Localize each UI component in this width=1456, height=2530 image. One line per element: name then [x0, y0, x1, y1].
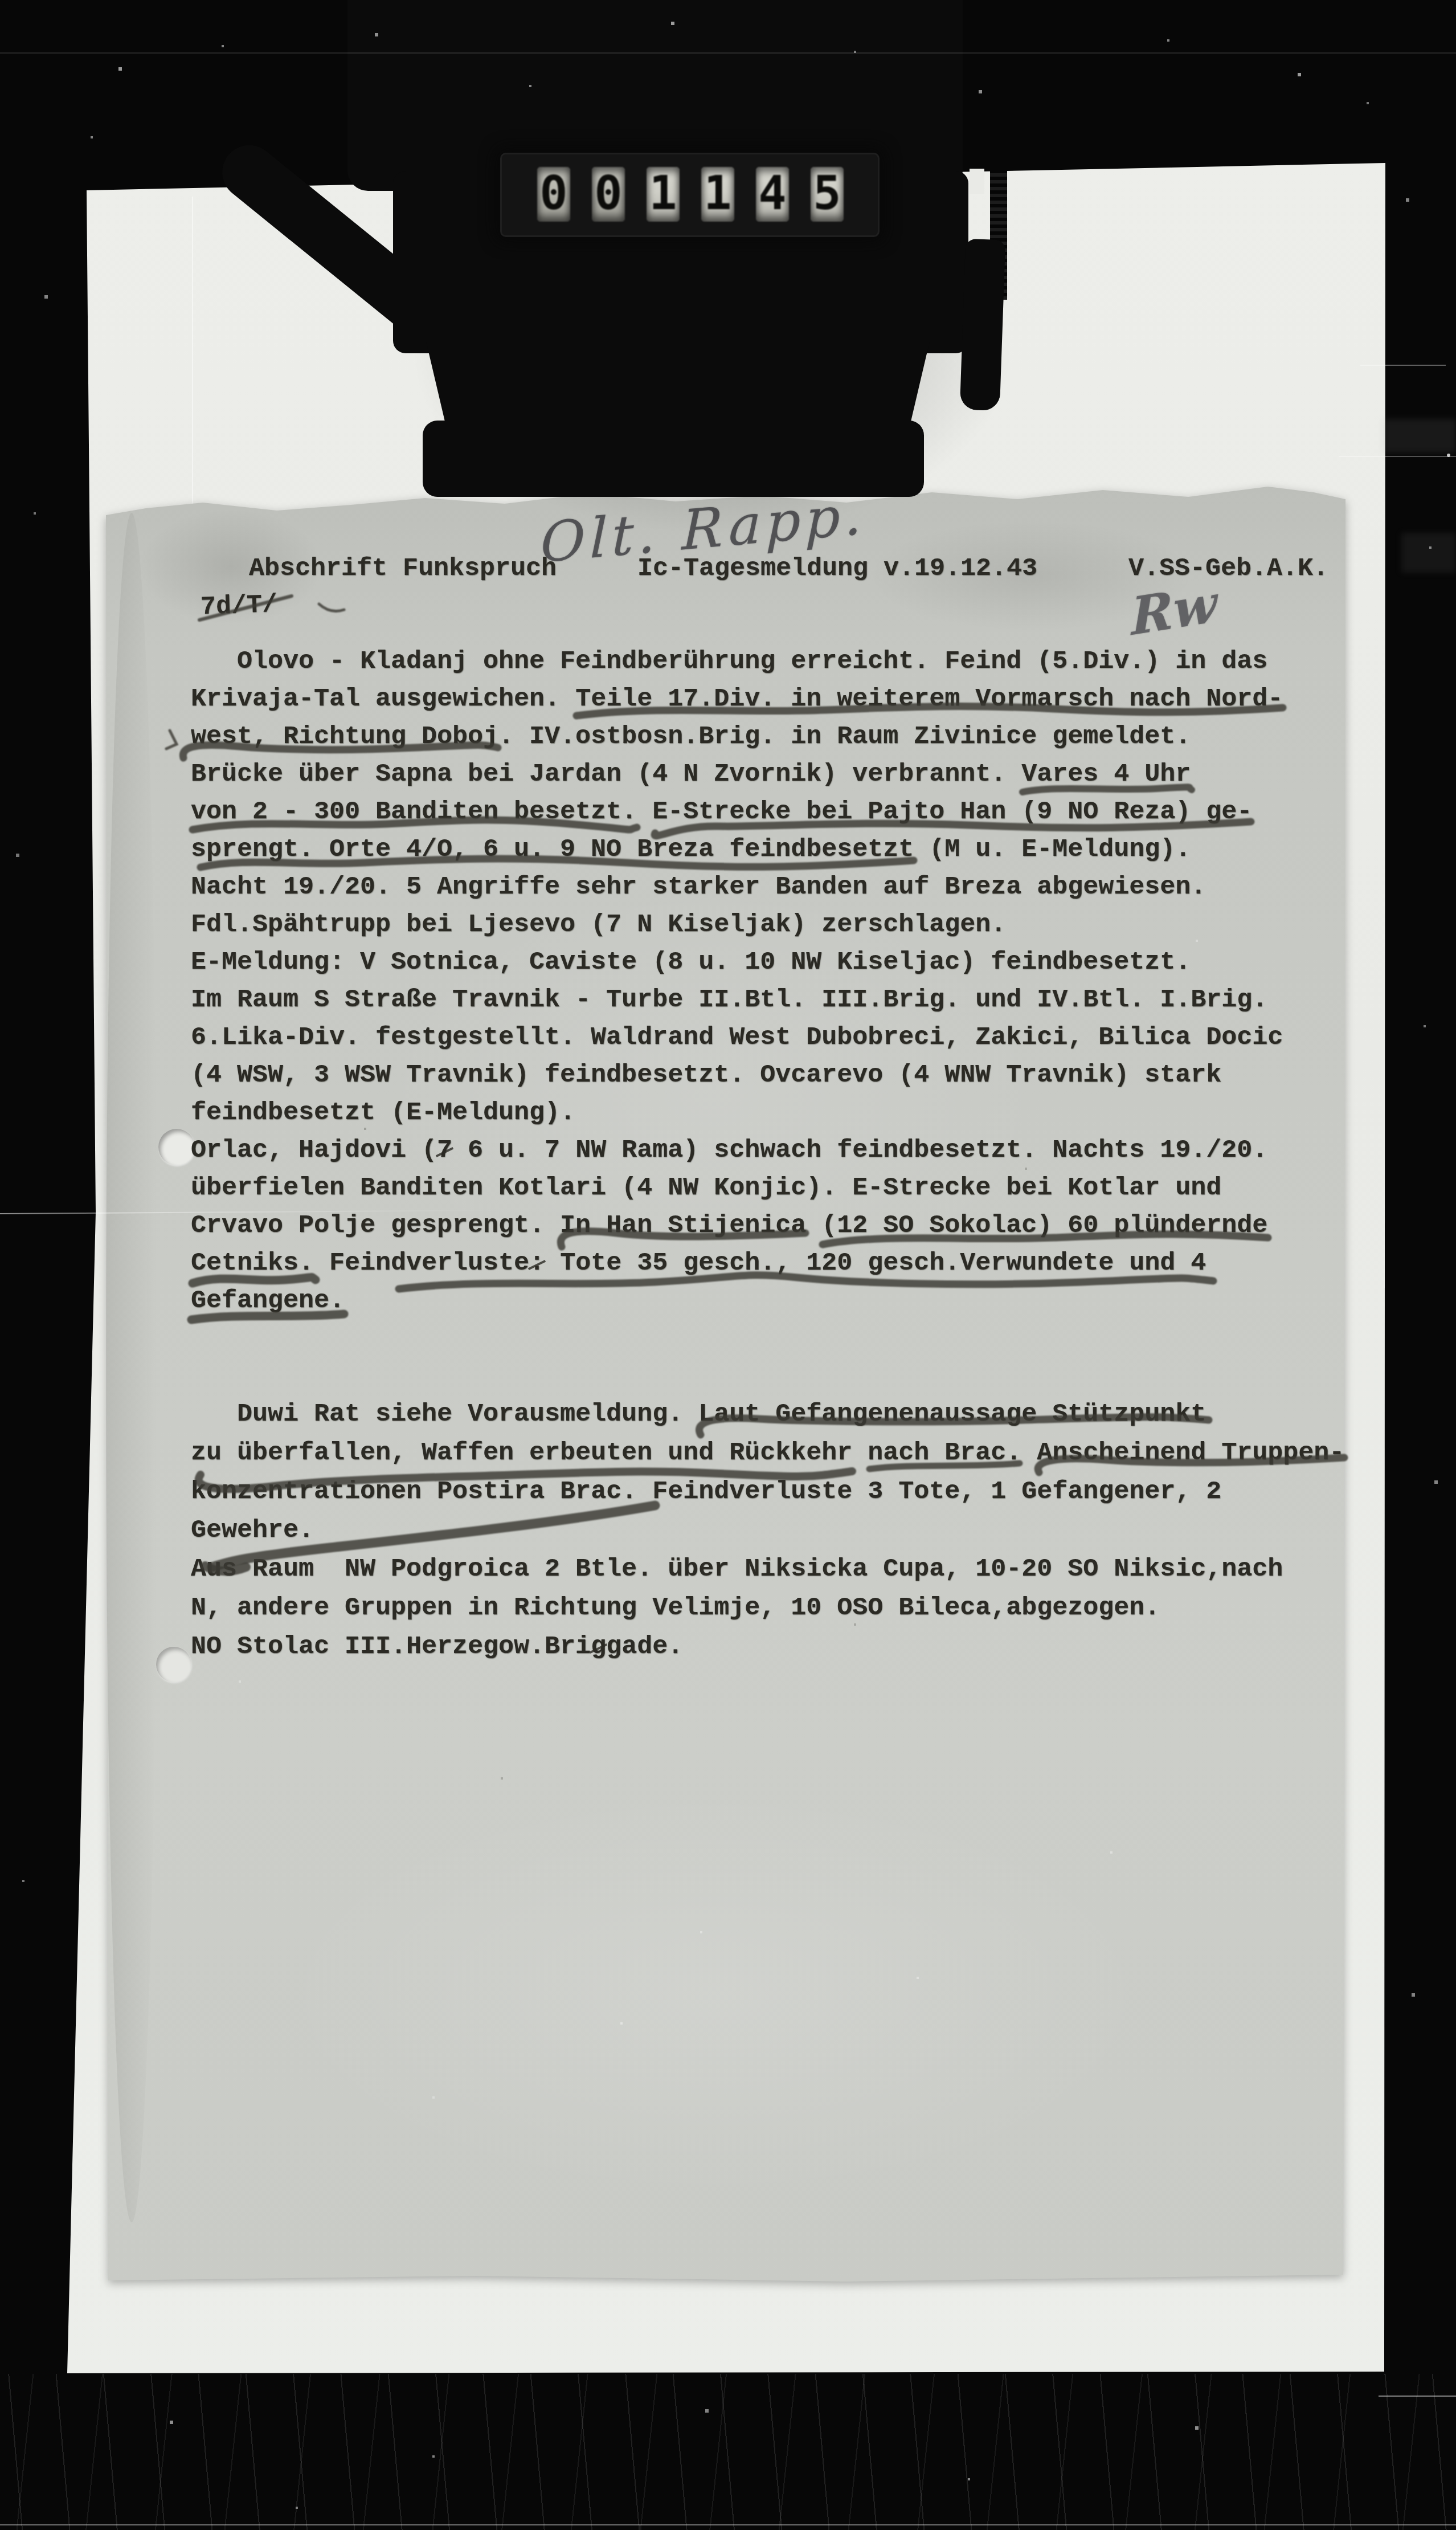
typed-line: Aus Raum NW Podgroica 2 Btle. über Niksi… — [191, 1550, 1344, 1589]
typed-line: Fdl.Spähtrupp bei Ljesevo (7 N Kiseljak)… — [191, 906, 1283, 944]
underlined-text: Laut Gefangenenaussage Stützpunkt — [698, 1399, 1206, 1429]
counter-body-lower — [410, 342, 946, 433]
typed-line: (4 WSW, 3 WSW Travnik) feindbesetzt. Ovc… — [191, 1056, 1283, 1094]
typed-text — [806, 1211, 821, 1240]
typed-text: gade. — [606, 1632, 683, 1661]
struck-text: : — [529, 1248, 545, 1278]
typed-text: Brücke über Sapna bei Jardan (4 N Zvorni… — [191, 760, 1021, 789]
counter-digit: 0 — [592, 167, 625, 222]
typed-line: Duwi Rat siehe Vorausmeldung. Laut Gefan… — [191, 1395, 1344, 1434]
typed-text: Krivaja-Tal ausgewichen. — [191, 684, 575, 713]
typed-line: Crvavo Polje gesprengt. In Han Stijenica… — [191, 1207, 1283, 1244]
typed-line: Olovo - Kladanj ohne Feindberührung erre… — [191, 643, 1283, 680]
typed-line: Cetniks. Feindverluste: Tote 35 gesch., … — [191, 1244, 1283, 1282]
typed-text: (M u. E-Meldung). — [914, 835, 1191, 864]
typed-line: Gefangene. — [191, 1282, 1283, 1320]
typed-line: Gewehre. — [191, 1511, 1344, 1550]
typed-line: Brücke über Sapna bei Jardan (4 N Zvorni… — [191, 756, 1283, 793]
punch-hole — [156, 1647, 191, 1682]
header-unit: V.SS-Geb.A.K. — [1128, 554, 1328, 583]
typed-text: 6.Lika-Div. festgestellt. Waldrand West … — [191, 1023, 1283, 1052]
typed-text: Postira Brac. Feindverluste 3 Tote, 1 Ge… — [422, 1477, 1221, 1506]
typed-line: E-Meldung: V Sotnica, Caviste (8 u. 10 N… — [191, 944, 1283, 981]
typed-text: (4 WSW, 3 WSW Travnik) feindbesetzt. Ovc… — [191, 1060, 1221, 1089]
typed-text: Olovo - Kladanj ohne Feindberührung erre… — [191, 647, 1267, 676]
counter-digit: 1 — [647, 167, 680, 222]
underlined-text: Vares 4 Uhr — [1021, 760, 1191, 789]
underlined-text: von 2 - 300 Banditen besetzt. — [191, 797, 637, 826]
winder-handle — [960, 239, 1005, 411]
counter-digit: 1 — [701, 167, 734, 222]
typed-text: Duwi Rat siehe Vorausmeldung. — [191, 1399, 698, 1429]
typed-text: . IV.ostbosn.Brig. in Raum Zivinice geme… — [498, 722, 1191, 751]
frame-counter: 001145 — [500, 153, 880, 237]
dust-specks-top — [0, 0, 1, 1]
counter-digit: 5 — [811, 167, 844, 222]
struck-text: 7 — [437, 1136, 452, 1165]
film-scratch — [1447, 454, 1450, 457]
typed-text: Feindverluste — [314, 1248, 529, 1278]
underlined-text: Cetniks. — [191, 1248, 314, 1278]
underlined-text: In Han Stijenica — [560, 1211, 806, 1240]
typed-line: N, andere Gruppen in Richtung Velimje, 1… — [191, 1589, 1344, 1627]
typed-text: 6 u. 7 NW Rama) schwach feindbesetzt. Na… — [452, 1136, 1267, 1165]
underlined-text: Teile 17.Div. in weiterem Vormarsch nach… — [575, 684, 1283, 713]
typed-text — [545, 1248, 560, 1278]
film-streaks — [0, 2374, 1456, 2530]
typed-line: Im Raum S Straße Travnik - Turbe II.Btl.… — [191, 981, 1283, 1019]
typed-text — [852, 1438, 868, 1467]
typed-text: N, andere Gruppen in Richtung Velimje, 1… — [191, 1593, 1160, 1622]
punch-hole — [158, 1129, 195, 1165]
underlined-text: E-Strecke bei Pajto Han (9 NO Reza) ge- — [652, 797, 1252, 826]
underlined-text: zu überfallen, Waffen erbeuten und Rückk… — [191, 1438, 852, 1467]
typed-text: überfielen Banditen Kotlari (4 NW Konjic… — [191, 1173, 1221, 1202]
typed-text: Gewehre. — [191, 1516, 314, 1545]
underlined-text: Anscheinend Truppen- — [1037, 1438, 1344, 1467]
underlined-text: Tote 35 gesch., 120 gesch.Verwundete und… — [560, 1248, 1206, 1278]
film-scratch — [0, 52, 1456, 54]
typed-line: west, Richtung Doboj. IV.ostbosn.Brig. i… — [191, 718, 1283, 756]
underlined-text: sprengt. Orte 4/O, 6 u. 9 NO Breza feind… — [191, 835, 914, 864]
microfilm-frame: { "film": { "background_color": "#070707… — [0, 0, 1456, 2530]
typed-line: 6.Lika-Div. festgestellt. Waldrand West … — [191, 1019, 1283, 1056]
typed-text: Orlac, Hajdovi ( — [191, 1136, 437, 1165]
typed-line: konzentrationen Postira Brac. Feindverlu… — [191, 1472, 1344, 1511]
typed-text: E-Meldung: V Sotnica, Caviste (8 u. 10 N… — [191, 948, 1191, 977]
counter-digit: 0 — [537, 167, 570, 222]
typed-line: Krivaja-Tal ausgewichen. Teile 17.Div. i… — [191, 680, 1283, 718]
underlined-text: (12 SO Sokolac) 60 plündernde — [821, 1211, 1267, 1240]
typed-line: überfielen Banditen Kotlari (4 NW Konjic… — [191, 1169, 1283, 1207]
counter-base — [423, 421, 924, 497]
typed-line: sprengt. Orte 4/O, 6 u. 9 NO Breza feind… — [191, 831, 1283, 868]
typed-text — [1021, 1438, 1037, 1467]
typed-line: Nacht 19./20. 5 Angriffe sehr starker Ba… — [191, 868, 1283, 906]
typed-text: Aus Raum NW Podgroica 2 Btle. über Niksi… — [191, 1554, 1283, 1584]
underlined-text: nach Brac. — [868, 1438, 1021, 1467]
typed-text: Fdl.Spähtrupp bei Ljesevo (7 N Kiseljak)… — [191, 910, 1006, 939]
typed-text: feindbesetzt (E-Meldung). — [191, 1098, 575, 1127]
underlined-text: west, Richtung Doboj — [191, 722, 498, 751]
file-code: 7d/T/ — [200, 590, 278, 622]
counter-digit: 4 — [756, 167, 789, 222]
dust-specks-paper — [0, 0, 1, 1]
typed-text: Im Raum S Straße Travnik - Turbe II.Btl.… — [191, 985, 1267, 1014]
struck-text: g — [591, 1632, 606, 1661]
typed-text: NO Stolac III.Herzegow.Bri — [191, 1632, 591, 1661]
underlined-text: konzentrationen — [191, 1477, 422, 1506]
paragraph-2: Duwi Rat siehe Vorausmeldung. Laut Gefan… — [191, 1395, 1344, 1666]
paragraph-1: Olovo - Kladanj ohne Feindberührung erre… — [191, 643, 1283, 1320]
backing-gap — [970, 169, 984, 194]
film-smear — [1401, 533, 1456, 573]
typed-line: von 2 - 300 Banditen besetzt. E-Strecke … — [191, 793, 1283, 831]
underlined-text: Gefangene. — [191, 1286, 345, 1315]
typed-line: zu überfallen, Waffen erbeuten und Rückk… — [191, 1434, 1344, 1472]
film-smear — [1383, 419, 1456, 453]
typed-text: Crvavo Polje gesprengt. — [191, 1211, 560, 1240]
typed-text — [637, 797, 652, 826]
typed-line: Orlac, Hajdovi (7 6 u. 7 NW Rama) schwac… — [191, 1132, 1283, 1169]
typed-line: NO Stolac III.Herzegow.Briggade. — [191, 1627, 1344, 1666]
typed-text: Nacht 19./20. 5 Angriffe sehr starker Ba… — [191, 872, 1206, 901]
typed-line: feindbesetzt (E-Meldung). — [191, 1094, 1283, 1132]
